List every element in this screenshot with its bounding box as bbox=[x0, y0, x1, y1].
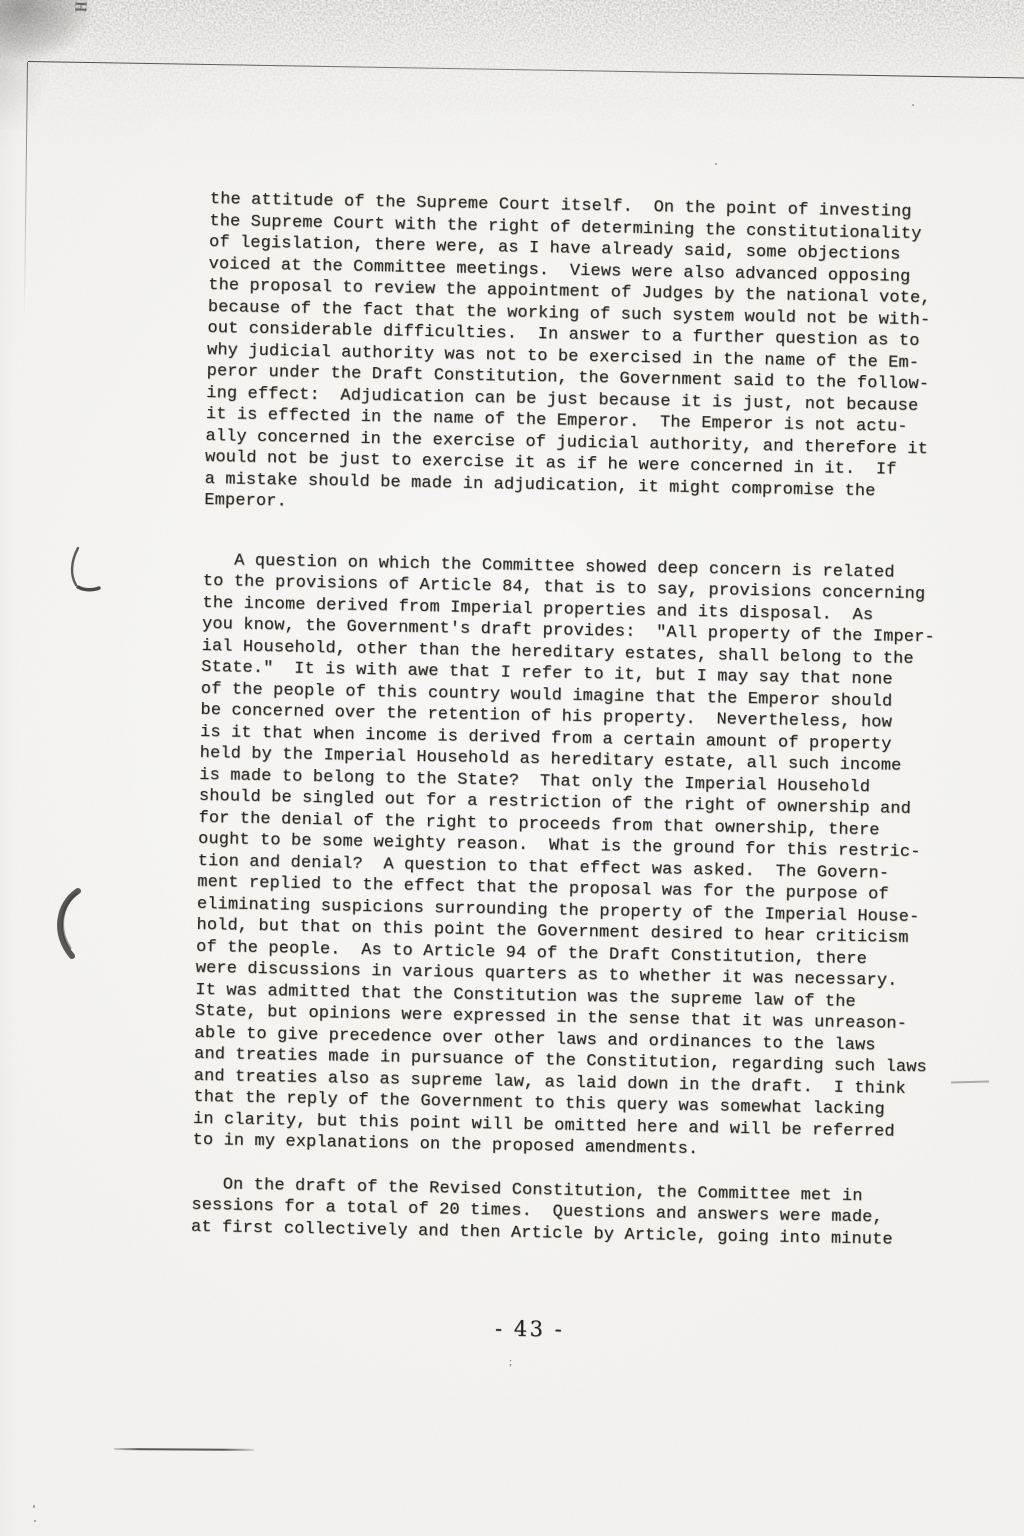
scan-noise-band bbox=[0, 0, 1024, 170]
document-text: the attitude of the Supreme Court itself… bbox=[191, 189, 980, 1252]
handwritten-margin-mark-lower bbox=[48, 886, 94, 966]
page-edge-line-left bbox=[24, 62, 28, 317]
paragraph-3: On the draft of the Revised Constitution… bbox=[191, 1173, 962, 1252]
ink-speck bbox=[715, 163, 717, 165]
paragraph-1: the attitude of the Supreme Court itself… bbox=[204, 189, 980, 526]
footer-stray-line bbox=[114, 1448, 254, 1451]
ink-speck bbox=[33, 1505, 35, 1508]
handwritten-margin-mark-upper bbox=[62, 545, 104, 599]
ink-speck bbox=[912, 104, 914, 106]
ink-speck bbox=[34, 1520, 36, 1522]
scanned-page: H the attitude of the Supreme Court itse… bbox=[0, 0, 1024, 1536]
footer-stray-mark: ; bbox=[509, 1356, 512, 1368]
handwritten-corner-mark: H bbox=[61, 1, 88, 25]
page-number: - 43 - bbox=[495, 1317, 565, 1342]
page-edge-line-top bbox=[28, 61, 1024, 79]
paragraph-2: A question on which the Committee showed… bbox=[192, 549, 973, 1165]
